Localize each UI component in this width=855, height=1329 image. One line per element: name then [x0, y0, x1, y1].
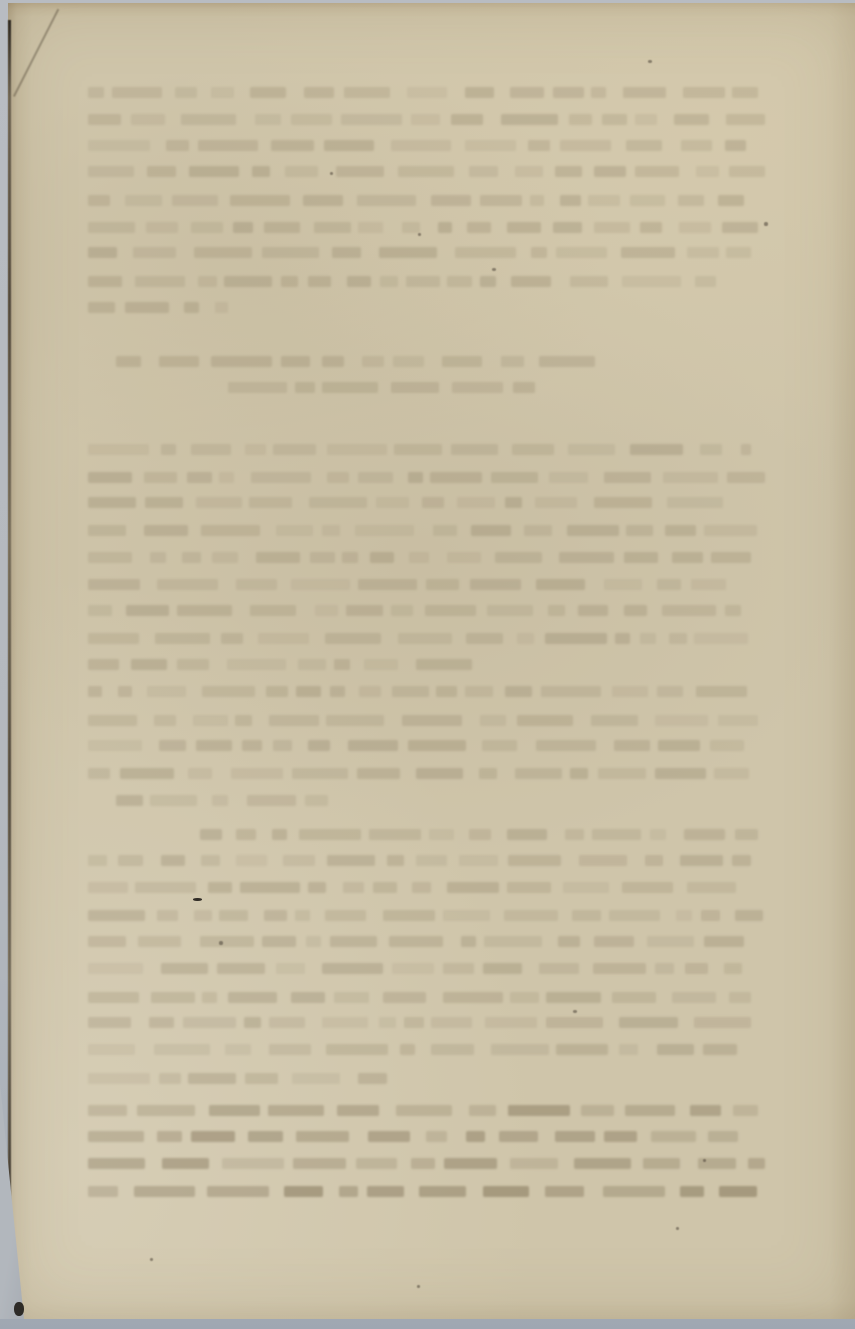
page-left-edge-line: [8, 20, 11, 1318]
scanned-page: [8, 3, 855, 1319]
scanned-document-photo: [0, 0, 855, 1329]
